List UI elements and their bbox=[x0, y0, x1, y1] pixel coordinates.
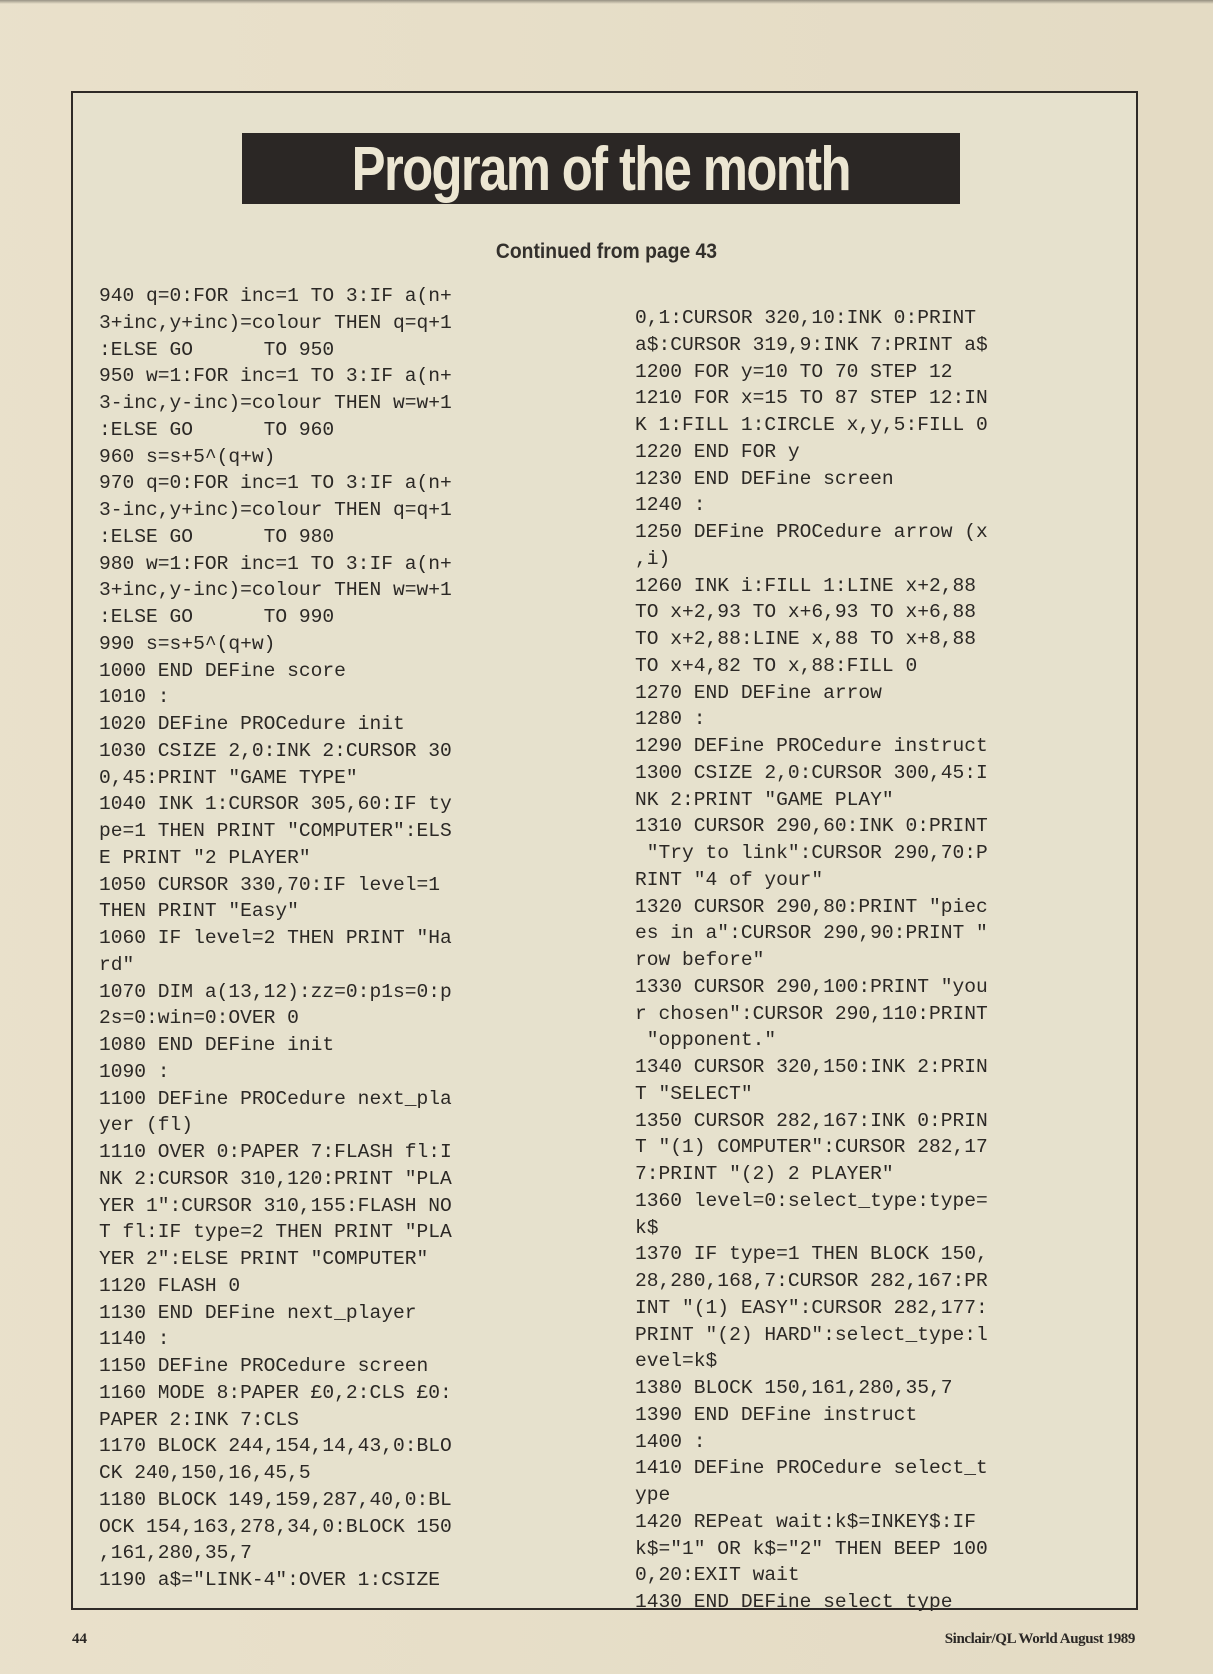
code-line: 1400 : bbox=[635, 1429, 988, 1456]
code-line: 1240 : bbox=[635, 492, 988, 519]
code-line: :ELSE GO TO 980 bbox=[99, 524, 452, 551]
code-line: 950 w=1:FOR inc=1 TO 3:IF a(n+ bbox=[99, 363, 452, 390]
code-line: 1360 level=0:select_type:type= bbox=[635, 1188, 988, 1215]
code-line: 1380 BLOCK 150,161,280,35,7 bbox=[635, 1375, 988, 1402]
code-line: 1130 END DEFine next_player bbox=[99, 1300, 452, 1327]
code-line: 3+inc,y+inc)=colour THEN q=q+1 bbox=[99, 310, 452, 337]
code-line: 1420 REPeat wait:k$=INKEY$:IF bbox=[635, 1509, 988, 1536]
page-number: 44 bbox=[72, 1631, 87, 1648]
code-line: yer (fl) bbox=[99, 1112, 452, 1139]
code-line: 28,280,168,7:CURSOR 282,167:PR bbox=[635, 1268, 988, 1295]
code-line: 1260 INK i:FILL 1:LINE x+2,88 bbox=[635, 573, 988, 600]
code-line: TO x+2,93 TO x+6,93 TO x+6,88 bbox=[635, 599, 988, 626]
code-line: 980 w=1:FOR inc=1 TO 3:IF a(n+ bbox=[99, 551, 452, 578]
code-line: 3-inc,y-inc)=colour THEN w=w+1 bbox=[99, 390, 452, 417]
code-line: 990 s=s+5^(q+w) bbox=[99, 631, 452, 658]
code-line: 1170 BLOCK 244,154,14,43,0:BLO bbox=[99, 1433, 452, 1460]
code-line: 0,20:EXIT wait bbox=[635, 1562, 988, 1589]
code-line: 1070 DIM a(13,12):zz=0:p1s=0:p bbox=[99, 979, 452, 1006]
code-line: T "SELECT" bbox=[635, 1081, 988, 1108]
code-line: 1010 : bbox=[99, 684, 452, 711]
code-line: T fl:IF type=2 THEN PRINT "PLA bbox=[99, 1219, 452, 1246]
code-line: pe=1 THEN PRINT "COMPUTER":ELS bbox=[99, 818, 452, 845]
code-line: 1000 END DEFine score bbox=[99, 658, 452, 685]
code-line: 0,1:CURSOR 320,10:INK 0:PRINT bbox=[635, 305, 988, 332]
code-listing-left-column: 940 q=0:FOR inc=1 TO 3:IF a(n+3+inc,y+in… bbox=[99, 283, 452, 1594]
code-line: 0,45:PRINT "GAME TYPE" bbox=[99, 765, 452, 792]
code-line: 1320 CURSOR 290,80:PRINT "piec bbox=[635, 894, 988, 921]
code-line: ype bbox=[635, 1482, 988, 1509]
code-line: es in a":CURSOR 290,90:PRINT " bbox=[635, 920, 988, 947]
code-line: ,161,280,35,7 bbox=[99, 1540, 452, 1567]
code-line: a$:CURSOR 319,9:INK 7:PRINT a$ bbox=[635, 332, 988, 359]
code-line: T "(1) COMPUTER":CURSOR 282,17 bbox=[635, 1134, 988, 1161]
code-line: 1080 END DEFine init bbox=[99, 1032, 452, 1059]
code-line: rd" bbox=[99, 952, 452, 979]
code-line: YER 1":CURSOR 310,155:FLASH NO bbox=[99, 1193, 452, 1220]
code-line: r chosen":CURSOR 290,110:PRINT bbox=[635, 1001, 988, 1028]
code-line: TO x+2,88:LINE x,88 TO x+8,88 bbox=[635, 626, 988, 653]
code-line: 940 q=0:FOR inc=1 TO 3:IF a(n+ bbox=[99, 283, 452, 310]
code-line: 1230 END DEFine screen bbox=[635, 466, 988, 493]
code-line: 1430 END DEFine select_type bbox=[635, 1589, 988, 1616]
code-line: 1270 END DEFine arrow bbox=[635, 680, 988, 707]
code-line: 960 s=s+5^(q+w) bbox=[99, 444, 452, 471]
code-line: YER 2":ELSE PRINT "COMPUTER" bbox=[99, 1246, 452, 1273]
code-line: PAPER 2:INK 7:CLS bbox=[99, 1407, 452, 1434]
code-line: NK 2:PRINT "GAME PLAY" bbox=[635, 787, 988, 814]
code-line: 1190 a$="LINK-4":OVER 1:CSIZE bbox=[99, 1567, 452, 1594]
code-line: 1370 IF type=1 THEN BLOCK 150, bbox=[635, 1241, 988, 1268]
code-line: :ELSE GO TO 990 bbox=[99, 604, 452, 631]
code-line: k$ bbox=[635, 1215, 988, 1242]
code-line: "Try to link":CURSOR 290,70:P bbox=[635, 840, 988, 867]
code-line: 1280 : bbox=[635, 706, 988, 733]
code-line: 1150 DEFine PROCedure screen bbox=[99, 1353, 452, 1380]
code-line: ,i) bbox=[635, 546, 988, 573]
code-line: 1140 : bbox=[99, 1326, 452, 1353]
page-title: Program of the month bbox=[352, 139, 850, 201]
code-line: INT "(1) EASY":CURSOR 282,177: bbox=[635, 1295, 988, 1322]
code-line: 3-inc,y+inc)=colour THEN q=q+1 bbox=[99, 497, 452, 524]
code-line: :ELSE GO TO 960 bbox=[99, 417, 452, 444]
code-line: 1020 DEFine PROCedure init bbox=[99, 711, 452, 738]
code-line: 1350 CURSOR 282,167:INK 0:PRIN bbox=[635, 1108, 988, 1135]
code-line: 1120 FLASH 0 bbox=[99, 1273, 452, 1300]
continued-note: Continued from page 43 bbox=[49, 240, 1165, 264]
code-listing-right-column: 0,1:CURSOR 320,10:INK 0:PRINTa$:CURSOR 3… bbox=[635, 305, 988, 1616]
code-line: evel=k$ bbox=[635, 1348, 988, 1375]
code-line: 1050 CURSOR 330,70:IF level=1 bbox=[99, 872, 452, 899]
code-line: 1210 FOR x=15 TO 87 STEP 12:IN bbox=[635, 385, 988, 412]
magazine-issue: Sinclair/QL World August 1989 bbox=[945, 1631, 1135, 1648]
code-line: 7:PRINT "(2) 2 PLAYER" bbox=[635, 1161, 988, 1188]
code-line: 1100 DEFine PROCedure next_pla bbox=[99, 1086, 452, 1113]
code-line: CK 240,150,16,45,5 bbox=[99, 1460, 452, 1487]
code-line: OCK 154,163,278,34,0:BLOCK 150 bbox=[99, 1514, 452, 1541]
code-line: 1250 DEFine PROCedure arrow (x bbox=[635, 519, 988, 546]
code-line: 1060 IF level=2 THEN PRINT "Ha bbox=[99, 925, 452, 952]
code-line: K 1:FILL 1:CIRCLE x,y,5:FILL 0 bbox=[635, 412, 988, 439]
code-line: NK 2:CURSOR 310,120:PRINT "PLA bbox=[99, 1166, 452, 1193]
code-line: :ELSE GO TO 950 bbox=[99, 337, 452, 364]
code-line: 1330 CURSOR 290,100:PRINT "you bbox=[635, 974, 988, 1001]
code-line: 1300 CSIZE 2,0:CURSOR 300,45:I bbox=[635, 760, 988, 787]
code-line: 1290 DEFine PROCedure instruct bbox=[635, 733, 988, 760]
code-line: RINT "4 of your" bbox=[635, 867, 988, 894]
code-line: 1030 CSIZE 2,0:INK 2:CURSOR 30 bbox=[99, 738, 452, 765]
code-line: 2s=0:win=0:OVER 0 bbox=[99, 1005, 452, 1032]
code-line: 1090 : bbox=[99, 1059, 452, 1086]
code-line: 1040 INK 1:CURSOR 305,60:IF ty bbox=[99, 791, 452, 818]
code-line: 1110 OVER 0:PAPER 7:FLASH fl:I bbox=[99, 1139, 452, 1166]
code-line: 1160 MODE 8:PAPER £0,2:CLS £0: bbox=[99, 1380, 452, 1407]
code-line: 1340 CURSOR 320,150:INK 2:PRIN bbox=[635, 1054, 988, 1081]
code-line: 1180 BLOCK 149,159,287,40,0:BL bbox=[99, 1487, 452, 1514]
code-line: PRINT "(2) HARD":select_type:l bbox=[635, 1322, 988, 1349]
code-line: 1200 FOR y=10 TO 70 STEP 12 bbox=[635, 359, 988, 386]
code-line: 1310 CURSOR 290,60:INK 0:PRINT bbox=[635, 813, 988, 840]
code-line: 1410 DEFine PROCedure select_t bbox=[635, 1455, 988, 1482]
code-line: k$="1" OR k$="2" THEN BEEP 100 bbox=[635, 1536, 988, 1563]
code-line: 970 q=0:FOR inc=1 TO 3:IF a(n+ bbox=[99, 470, 452, 497]
title-banner: Program of the month bbox=[242, 133, 960, 204]
code-line: E PRINT "2 PLAYER" bbox=[99, 845, 452, 872]
code-line: "opponent." bbox=[635, 1027, 988, 1054]
code-line: row before" bbox=[635, 947, 988, 974]
code-line: THEN PRINT "Easy" bbox=[99, 898, 452, 925]
code-line: 3+inc,y-inc)=colour THEN w=w+1 bbox=[99, 577, 452, 604]
code-line: 1220 END FOR y bbox=[635, 439, 988, 466]
code-line: 1390 END DEFine instruct bbox=[635, 1402, 988, 1429]
code-line: TO x+4,82 TO x,88:FILL 0 bbox=[635, 653, 988, 680]
